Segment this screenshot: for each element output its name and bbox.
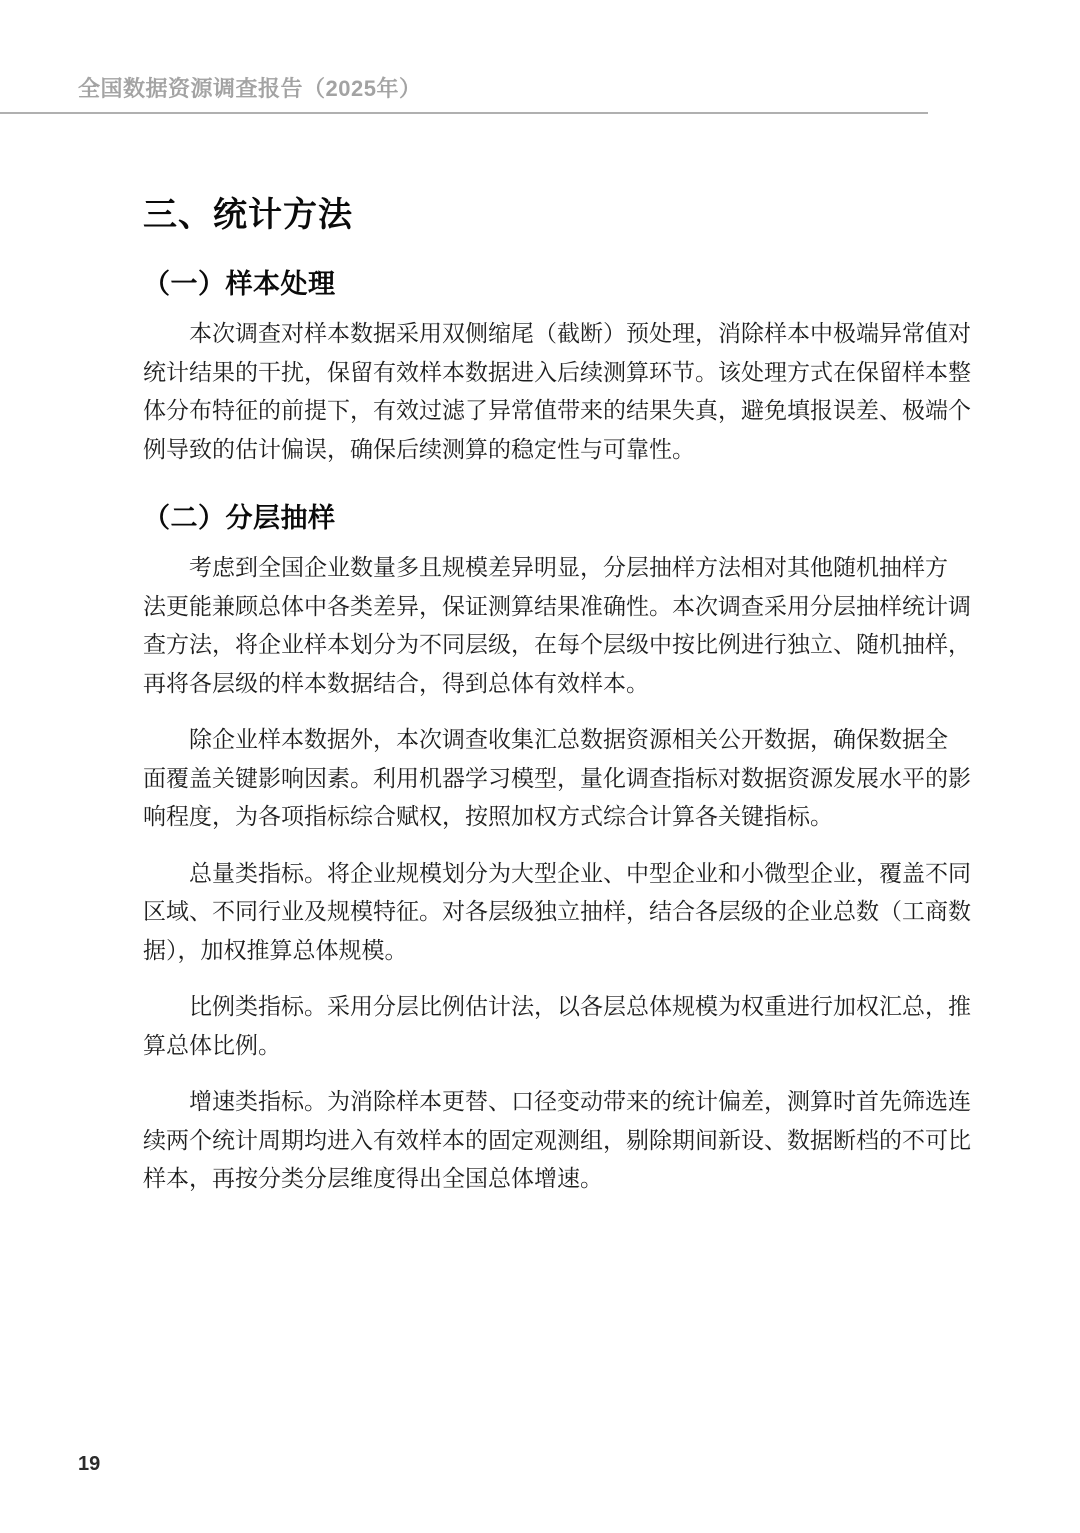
paragraph-line: 法更能兼顾总体中各类差异，保证测算结果准确性。本次调查采用分层抽样统计调 (143, 587, 928, 626)
document-page: 全国数据资源调查报告（2025年） 三、统计方法 （一）样本处理 本次调查对样本… (0, 0, 1080, 1533)
paragraph: 总量类指标。将企业规模划分为大型企业、中型企业和小微型企业，覆盖不同 区域、不同… (143, 854, 928, 970)
paragraph-line: 算总体比例。 (143, 1026, 928, 1065)
paragraph-line: 考虑到全国企业数量多且规模差异明显，分层抽样方法相对其他随机抽样方 (143, 548, 928, 587)
paragraph: 本次调查对样本数据采用双侧缩尾（截断）预处理，消除样本中极端异常值对 统计结果的… (143, 314, 928, 468)
report-header-title: 全国数据资源调查报告（2025年） (78, 72, 421, 103)
paragraph-line: 样本，再按分类分层维度得出全国总体增速。 (143, 1159, 928, 1198)
paragraph: 考虑到全国企业数量多且规模差异明显，分层抽样方法相对其他随机抽样方 法更能兼顾总… (143, 548, 928, 702)
paragraph-line: 例导致的估计偏误，确保后续测算的稳定性与可靠性。 (143, 430, 928, 469)
paragraph-line: 比例类指标。采用分层比例估计法，以各层总体规模为权重进行加权汇总，推 (143, 987, 928, 1026)
paragraph-line: 查方法，将企业样本划分为不同层级，在每个层级中按比例进行独立、随机抽样， (143, 625, 928, 664)
subsection-heading-sample-processing: （一）样本处理 (143, 269, 928, 299)
paragraph-line: 本次调查对样本数据采用双侧缩尾（截断）预处理，消除样本中极端异常值对 (143, 314, 928, 353)
paragraph: 除企业样本数据外，本次调查收集汇总数据资源相关公开数据，确保数据全 面覆盖关键影… (143, 720, 928, 836)
paragraph-line: 据），加权推算总体规模。 (143, 931, 928, 970)
subsection-heading-stratified-sampling: （二）分层抽样 (143, 503, 928, 533)
paragraph-line: 除企业样本数据外，本次调查收集汇总数据资源相关公开数据，确保数据全 (143, 720, 928, 759)
paragraph-line: 体分布特征的前提下，有效过滤了异常值带来的结果失真，避免填报误差、极端个 (143, 391, 928, 430)
paragraph-line: 续两个统计周期均进入有效样本的固定观测组，剔除期间新设、数据断档的不可比 (143, 1121, 928, 1160)
paragraph-line: 响程度，为各项指标综合赋权，按照加权方式综合计算各关键指标。 (143, 797, 928, 836)
paragraph-line: 增速类指标。为消除样本更替、口径变动带来的统计偏差，测算时首先筛选连 (143, 1082, 928, 1121)
paragraph: 增速类指标。为消除样本更替、口径变动带来的统计偏差，测算时首先筛选连 续两个统计… (143, 1082, 928, 1198)
paragraph: 比例类指标。采用分层比例估计法，以各层总体规模为权重进行加权汇总，推 算总体比例… (143, 987, 928, 1064)
paragraph-line: 总量类指标。将企业规模划分为大型企业、中型企业和小微型企业，覆盖不同 (143, 854, 928, 893)
page-content: 三、统计方法 （一）样本处理 本次调查对样本数据采用双侧缩尾（截断）预处理，消除… (143, 196, 928, 1216)
header-divider-rule (0, 112, 928, 114)
paragraph-line: 再将各层级的样本数据结合，得到总体有效样本。 (143, 664, 928, 703)
paragraph-line: 面覆盖关键影响因素。利用机器学习模型，量化调查指标对数据资源发展水平的影 (143, 759, 928, 798)
paragraph-line: 统计结果的干扰，保留有效样本数据进入后续测算环节。该处理方式在保留样本整 (143, 353, 928, 392)
section-title: 三、统计方法 (143, 196, 928, 234)
page-number: 19 (78, 1452, 100, 1476)
paragraph-line: 区域、不同行业及规模特征。对各层级独立抽样，结合各层级的企业总数（工商数 (143, 892, 928, 931)
